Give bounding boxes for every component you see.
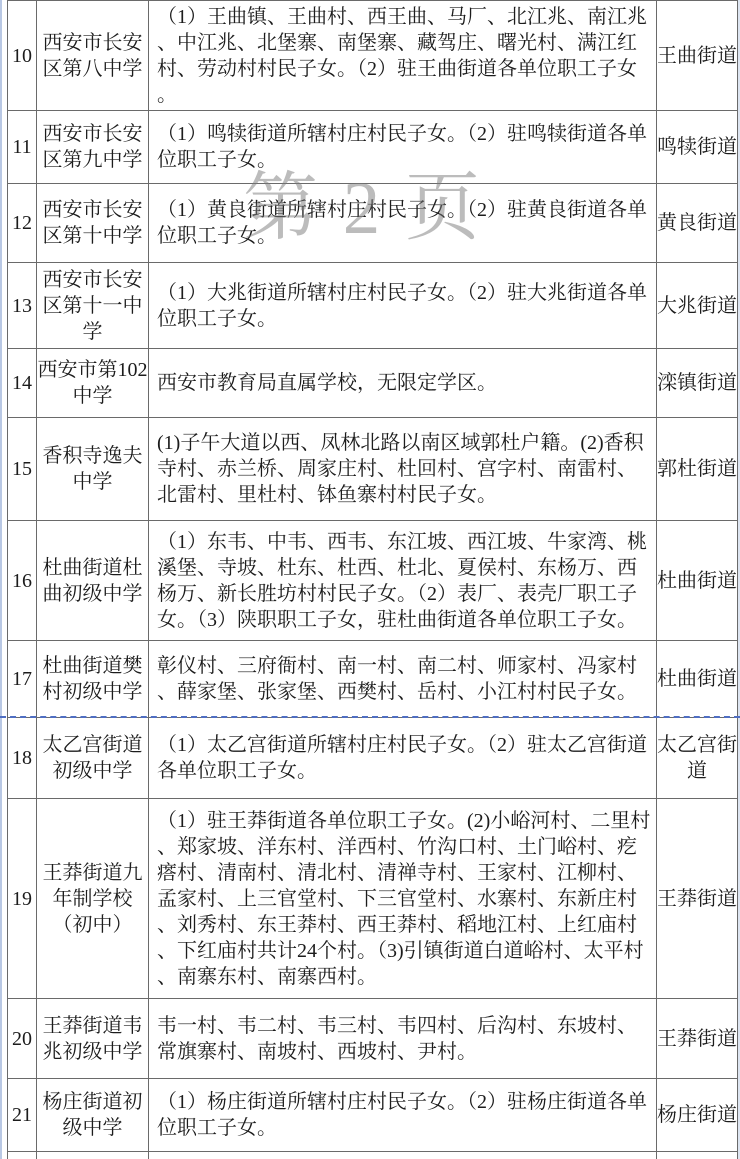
district-description-cell: （1）杨庄街道所辖村庄村民子女。（2）驻杨庄街道各单位职工子女。 bbox=[149, 1079, 657, 1152]
district-description-cell: (1)子午大道以西、凤林北路以南区域郭杜户籍。(2)香积寺村、赤兰桥、周家庄村、… bbox=[149, 418, 657, 521]
district-description-cell: 西安市教育局直属学校，无限定学区。 bbox=[149, 349, 657, 418]
street-name-cell: 杨庄街道 bbox=[657, 1079, 738, 1152]
table-row: 19王莽街道九年制学校（初中）（1）驻王莽街道各单位职工子女。(2)小峪河村、二… bbox=[8, 799, 738, 999]
street-name-cell: 杜曲街道 bbox=[657, 521, 738, 641]
district-description-cell bbox=[149, 1152, 657, 1159]
street-name-cell: 大兆街道 bbox=[657, 263, 738, 349]
district-description-cell: （1）大兆街道所辖村庄村民子女。（2）驻大兆街道各单位职工子女。 bbox=[149, 263, 657, 349]
table-row: 15香积寺逸夫中学(1)子午大道以西、凤林北路以南区域郭杜户籍。(2)香积寺村、… bbox=[8, 418, 738, 521]
row-number-cell: 10 bbox=[8, 1, 37, 111]
row-number-cell: 20 bbox=[8, 999, 37, 1079]
street-name-cell: 黄良街道 bbox=[657, 184, 738, 263]
district-description-cell: （1）王曲镇、王曲村、西王曲、马厂、北江兆、南江兆、中江兆、北堡寨、南堡寨、藏驾… bbox=[149, 1, 657, 111]
district-description-cell: 彰仪村、三府衙村、南一村、南二村、师家村、冯家村、薛家堡、张家堡、西樊村、岳村、… bbox=[149, 641, 657, 718]
district-description-cell: 韦一村、韦二村、韦三村、韦四村、后沟村、东坡村、常旗寨村、南坡村、西坡村、尹村。 bbox=[149, 999, 657, 1079]
table-row: 17杜曲街道樊村初级中学彰仪村、三府衙村、南一村、南二村、师家村、冯家村、薛家堡… bbox=[8, 641, 738, 718]
school-name-cell: 西安市长安区第十一中学 bbox=[37, 263, 149, 349]
row-number-cell: 14 bbox=[8, 349, 37, 418]
table-row: 20王莽街道韦兆初级中学韦一村、韦二村、韦三村、韦四村、后沟村、东坡村、常旗寨村… bbox=[8, 999, 738, 1079]
school-name-cell: 杜曲街道樊村初级中学 bbox=[37, 641, 149, 718]
row-number-cell: 19 bbox=[8, 799, 37, 999]
street-name-cell: 郭杜街道 bbox=[657, 418, 738, 521]
district-description-cell: （1）太乙宫街道所辖村庄村民子女。（2）驻太乙宫街道各单位职工子女。 bbox=[149, 718, 657, 799]
table-row: 12西安市长安区第十中学（1）黄良街道所辖村庄村民子女。（2）驻黄良街道各单位职… bbox=[8, 184, 738, 263]
street-name-cell: 王曲街道 bbox=[657, 1, 738, 111]
row-number-cell: 17 bbox=[8, 641, 37, 718]
row-number-cell: 11 bbox=[8, 111, 37, 184]
table-row: 21杨庄街道初级中学（1）杨庄街道所辖村庄村民子女。（2）驻杨庄街道各单位职工子… bbox=[8, 1079, 738, 1152]
row-number-cell: 18 bbox=[8, 718, 37, 799]
school-name-cell: 王莽街道韦兆初级中学 bbox=[37, 999, 149, 1079]
street-name-cell: 杜曲街道 bbox=[657, 641, 738, 718]
table-row: 16杜曲街道杜曲初级中学（1）东韦、中韦、西韦、东江坡、西江坡、牛家湾、桃溪堡、… bbox=[8, 521, 738, 641]
page-break-line bbox=[0, 716, 740, 718]
school-name-cell: 太乙宫街道初级中学 bbox=[37, 718, 149, 799]
district-description-cell: （1）鸣犊街道所辖村庄村民子女。（2）驻鸣犊街道各单位职工子女。 bbox=[149, 111, 657, 184]
street-name-cell: 太乙宫街道 bbox=[657, 718, 738, 799]
school-name-cell: 杨庄街道初级中学 bbox=[37, 1079, 149, 1152]
school-name-cell: 西安市长安区第十中学 bbox=[37, 184, 149, 263]
row-number-cell: 12 bbox=[8, 184, 37, 263]
table-row: 11西安市长安区第九中学（1）鸣犊街道所辖村庄村民子女。（2）驻鸣犊街道各单位职… bbox=[8, 111, 738, 184]
street-name-cell: 王莽街道 bbox=[657, 799, 738, 999]
school-district-table: 10西安市长安区第八中学（1）王曲镇、王曲村、西王曲、马厂、北江兆、南江兆、中江… bbox=[7, 0, 738, 1159]
school-name-cell: 香积寺逸夫中学 bbox=[37, 418, 149, 521]
school-name-cell: 王莽街道九年制学校（初中） bbox=[37, 799, 149, 999]
page-edge-left bbox=[0, 0, 2, 1159]
row-number-cell: 21 bbox=[8, 1079, 37, 1152]
table-row bbox=[8, 1152, 738, 1159]
school-name-cell: 西安市第102中学 bbox=[37, 349, 149, 418]
document-page: 10西安市长安区第八中学（1）王曲镇、王曲村、西王曲、马厂、北江兆、南江兆、中江… bbox=[0, 0, 740, 1159]
district-description-cell: （1）驻王莽街道各单位职工子女。(2)小峪河村、二里村、郑家坡、洋东村、洋西村、… bbox=[149, 799, 657, 999]
row-number-cell: 15 bbox=[8, 418, 37, 521]
school-name-cell bbox=[37, 1152, 149, 1159]
row-number-cell: 13 bbox=[8, 263, 37, 349]
row-number-cell bbox=[8, 1152, 37, 1159]
table-row: 14西安市第102中学西安市教育局直属学校，无限定学区。滦镇街道 bbox=[8, 349, 738, 418]
school-name-cell: 西安市长安区第八中学 bbox=[37, 1, 149, 111]
district-description-cell: （1）东韦、中韦、西韦、东江坡、西江坡、牛家湾、桃溪堡、寺坡、杜东、杜西、杜北、… bbox=[149, 521, 657, 641]
school-name-cell: 杜曲街道杜曲初级中学 bbox=[37, 521, 149, 641]
table-row: 13西安市长安区第十一中学（1）大兆街道所辖村庄村民子女。（2）驻大兆街道各单位… bbox=[8, 263, 738, 349]
street-name-cell: 鸣犊街道 bbox=[657, 111, 738, 184]
row-number-cell: 16 bbox=[8, 521, 37, 641]
street-name-cell: 王莽街道 bbox=[657, 999, 738, 1079]
table-row: 18太乙宫街道初级中学（1）太乙宫街道所辖村庄村民子女。（2）驻太乙宫街道各单位… bbox=[8, 718, 738, 799]
street-name-cell: 滦镇街道 bbox=[657, 349, 738, 418]
district-description-cell: （1）黄良街道所辖村庄村民子女。（2）驻黄良街道各单位职工子女。 bbox=[149, 184, 657, 263]
table-row: 10西安市长安区第八中学（1）王曲镇、王曲村、西王曲、马厂、北江兆、南江兆、中江… bbox=[8, 1, 738, 111]
school-name-cell: 西安市长安区第九中学 bbox=[37, 111, 149, 184]
street-name-cell bbox=[657, 1152, 738, 1159]
